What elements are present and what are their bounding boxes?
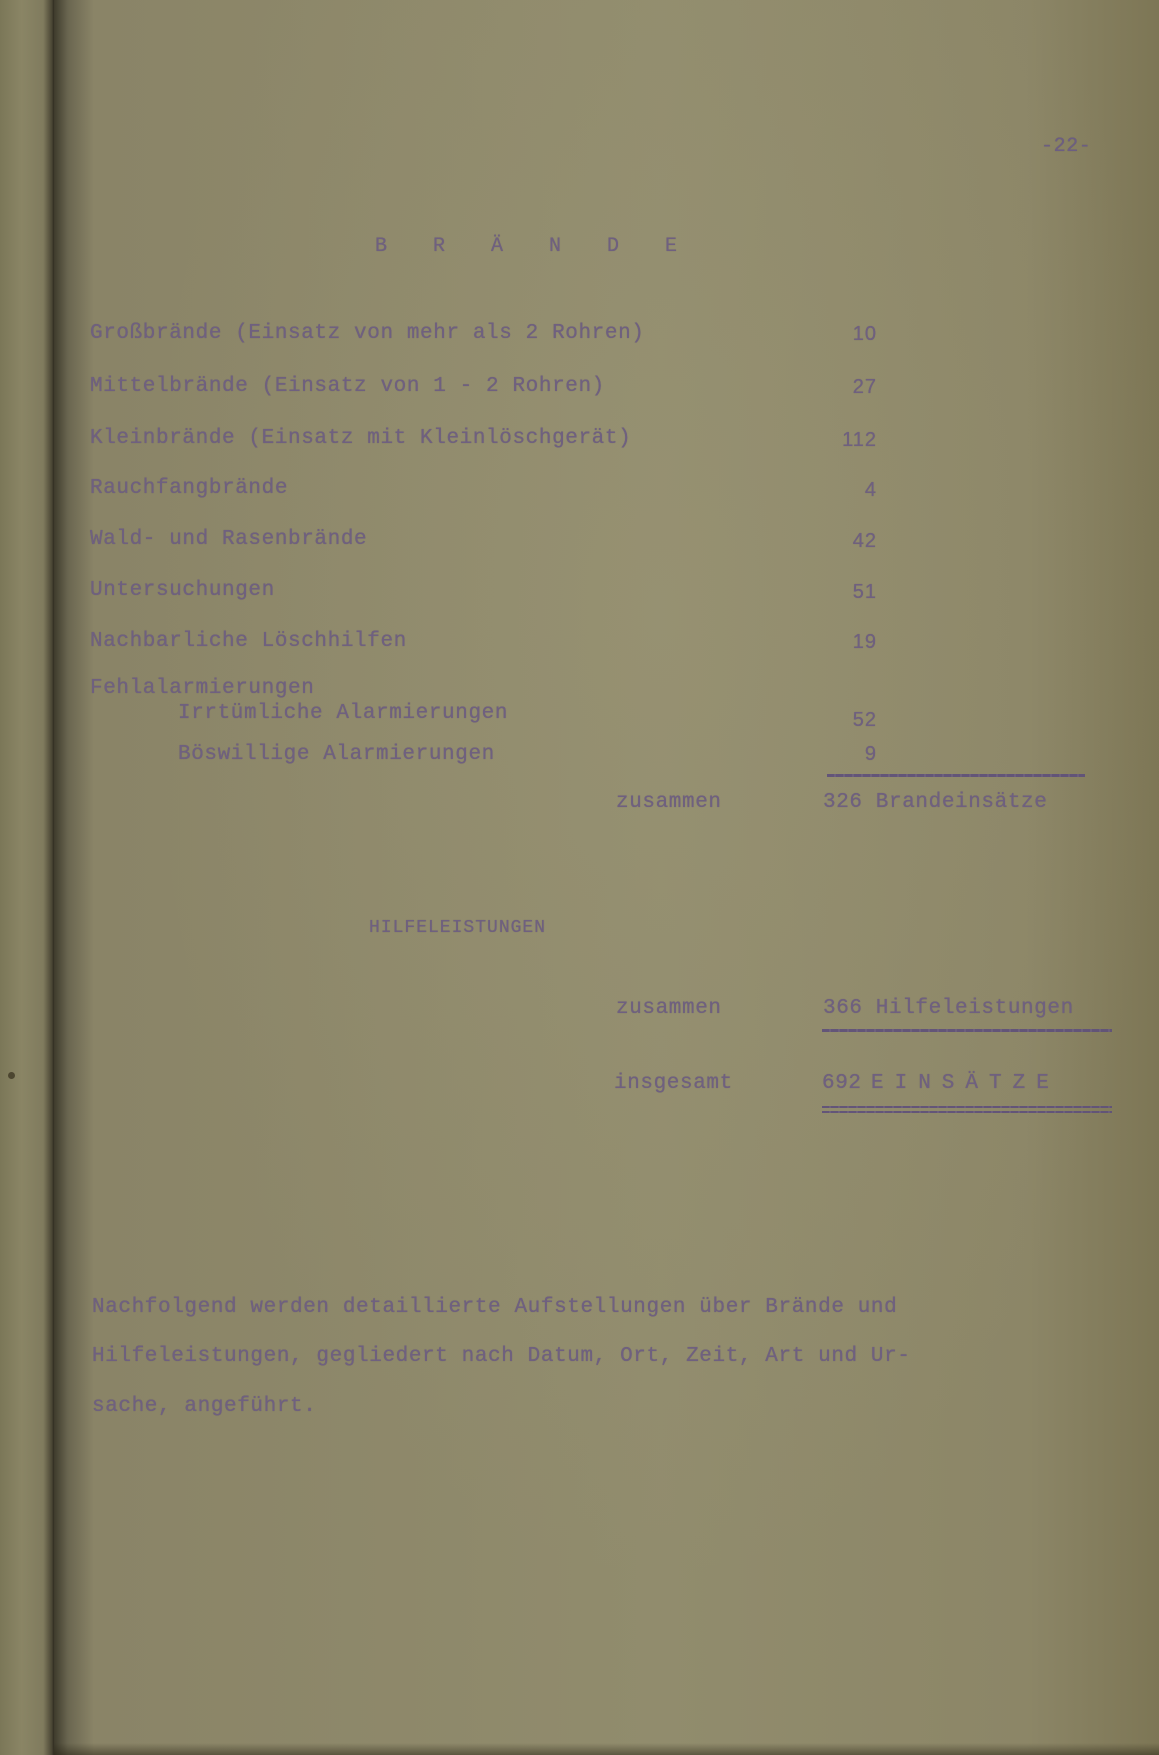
row-value-wald-rasenbraende: 42 [817,531,877,551]
row-label-mittelbraende: Mittelbrände (Einsatz von 1 - 2 Rohren) [90,376,605,397]
grand-total-text: EINSÄTZE [871,1073,1060,1094]
row-label-nachbarliche-loeschhilfen: Nachbarliche Löschhilfen [90,631,407,652]
row-value-boeswillige-alarmierungen: 9 [817,744,877,764]
double-rule-top [822,1106,1112,1108]
paragraph-line-3: sache, angeführt. [92,1396,316,1417]
total-value-hilfeleistungen: 366 Hilfeleistungen [823,998,1074,1019]
row-value-irrtuemliche-alarmierungen: 52 [817,710,877,730]
row-label-irrtuemliche-alarmierungen: Irrtümliche Alarmierungen [178,703,508,724]
book-binding-edge [0,0,54,1755]
total-value-braende: 326 Brandeinsätze [823,792,1047,813]
section-title-hilfeleistungen: HILFELEISTUNGEN [369,919,546,937]
row-label-kleinbraende: Kleinbrände (Einsatz mit Kleinlöschgerät… [90,428,631,449]
page-number: -22- [1041,137,1091,157]
row-label-grossbraende: Großbrände (Einsatz von mehr als 2 Rohre… [90,323,645,344]
total-label-braende: zusammen [616,792,722,813]
row-label-rauchfangbraende: Rauchfangbrände [90,478,288,499]
row-value-nachbarliche-loeschhilfen: 19 [817,632,877,652]
fehlalarm-heading: Fehlalarmierungen [90,678,314,699]
grand-total-label: insgesamt [614,1073,733,1094]
subtotal-rule-hilfeleistungen [822,1029,1112,1032]
row-value-rauchfangbraende: 4 [817,480,877,500]
row-value-untersuchungen: 51 [817,582,877,602]
row-label-boeswillige-alarmierungen: Böswillige Alarmierungen [178,744,495,765]
total-label-hilfeleistungen: zusammen [616,998,722,1019]
document-page [54,0,1159,1755]
row-label-untersuchungen: Untersuchungen [90,580,275,601]
row-label-wald-rasenbraende: Wald- und Rasenbrände [90,529,367,550]
row-value-grossbraende: 10 [817,324,877,344]
section-title-braende: B R Ä N D E [375,237,694,257]
paragraph-line-1: Nachfolgend werden detaillierte Aufstell… [92,1297,897,1318]
grand-total-number: 692 [822,1073,862,1094]
binding-spot [8,1072,15,1079]
row-value-kleinbraende: 112 [817,430,877,450]
paragraph-line-2: Hilfeleistungen, gegliedert nach Datum, … [92,1346,911,1367]
double-rule-bottom [822,1111,1112,1113]
subtotal-rule-braende [827,774,1085,777]
row-value-mittelbraende: 27 [817,377,877,397]
